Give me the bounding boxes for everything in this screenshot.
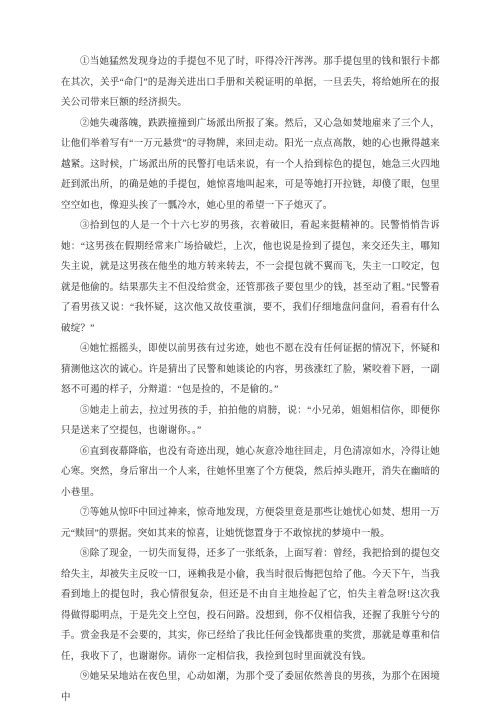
paragraph: ⑨她呆呆地站在夜色里，心动如潮，为那个受了委屈依然善良的男孩，为那个在困境中 <box>61 667 440 707</box>
document-page: ①当她猛然发现身边的手提包不见了时，吓得冷汗涔涔。那手提包里的钱和银行卡都在其次… <box>0 0 500 707</box>
paragraph: ⑤她走上前去，拉过男孩的手，拍拍他的肩膀，说：“小兄弟，姐姐相信你，即便你只是送… <box>61 401 440 442</box>
paragraph: ③拾到包的人是一个十六七岁的男孩，衣着破旧，看起来挺精神的。民警悄悄告诉她：“这… <box>61 216 440 339</box>
paragraph: ②她失魂落魄，跌跌撞撞到广场派出所报了案。然后，又心急如焚地雇来了三个人，让他们… <box>61 114 440 217</box>
paragraph: ④她忙摇摇头，即使以前男孩有过劣迹，她也不愿在没有任何证据的情况下，怀疑和猜测他… <box>61 339 440 401</box>
paragraph: ①当她猛然发现身边的手提包不见了时，吓得冷汗涔涔。那手提包里的钱和银行卡都在其次… <box>61 52 440 114</box>
paragraph: ⑥直到夜幕降临，也没有奇迹出现，她心灰意冷地往回走，月色清凉如水，冷得让她心寒。… <box>61 442 440 504</box>
story-text: ①当她猛然发现身边的手提包不见了时，吓得冷汗涔涔。那手提包里的钱和银行卡都在其次… <box>61 52 440 707</box>
paragraph: ⑧除了现金，一切失而复得，还多了一张纸条，上面写着：曾经，我把拾到的提包交给失主… <box>61 544 440 667</box>
paragraph: ⑦等她从惊吓中回过神来，惊奇地发现，方便袋里竟是那些让她忧心如焚、想用一万元“赎… <box>61 503 440 544</box>
